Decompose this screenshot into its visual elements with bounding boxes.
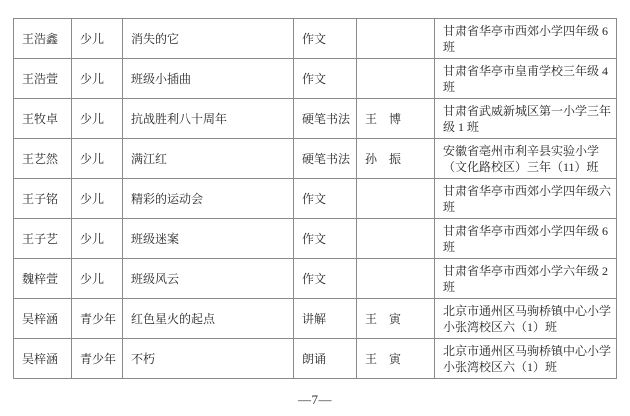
cell-work-title: 班级风云 (123, 259, 294, 299)
cell-name: 王浩萱 (14, 59, 72, 99)
cell-instructor: 王 寅 (357, 299, 435, 339)
page-number: —7— (0, 392, 630, 408)
cell-school: 安徽省亳州市利辛县实验小学（文化路校区）三年（11）班 (435, 139, 617, 179)
cell-school: 北京市通州区马驹桥镇中心小学小张湾校区六（1）班 (435, 299, 617, 339)
table-row: 吴梓涵 青少年 红色星火的起点 讲解 王 寅 北京市通州区马驹桥镇中心小学小张湾… (14, 299, 617, 339)
cell-work-title: 红色星火的起点 (123, 299, 294, 339)
cell-name: 魏梓萱 (14, 259, 72, 299)
cell-work-title: 班级迷案 (123, 219, 294, 259)
cell-category: 作文 (294, 59, 357, 99)
cell-age-group: 少儿 (72, 19, 123, 59)
cell-age-group: 少儿 (72, 59, 123, 99)
cell-instructor (357, 19, 435, 59)
cell-work-title: 班级小插曲 (123, 59, 294, 99)
cell-category: 作文 (294, 19, 357, 59)
cell-age-group: 少儿 (72, 259, 123, 299)
cell-name: 王子铭 (14, 179, 72, 219)
table-row: 吴梓涵 青少年 不朽 朗诵 王 寅 北京市通州区马驹桥镇中心小学小张湾校区六（1… (14, 339, 617, 379)
table-row: 王浩鑫 少儿 消失的它 作文 甘肃省华亭市西郊小学四年级 6 班 (14, 19, 617, 59)
cell-age-group: 少儿 (72, 139, 123, 179)
document-page: 王浩鑫 少儿 消失的它 作文 甘肃省华亭市西郊小学四年级 6 班 王浩萱 少儿 … (0, 0, 630, 416)
cell-school: 甘肃省武威新城区第一小学三年级 1 班 (435, 99, 617, 139)
cell-work-title: 抗战胜利八十周年 (123, 99, 294, 139)
cell-work-title: 精彩的运动会 (123, 179, 294, 219)
table-row: 王子艺 少儿 班级迷案 作文 甘肃省华亭市西郊小学四年级 6 班 (14, 219, 617, 259)
cell-work-title: 不朽 (123, 339, 294, 379)
cell-instructor (357, 179, 435, 219)
cell-age-group: 少儿 (72, 219, 123, 259)
cell-instructor: 王 博 (357, 99, 435, 139)
table-row: 王子铭 少儿 精彩的运动会 作文 甘肃省华亭市西郊小学四年级六班 (14, 179, 617, 219)
cell-school: 甘肃省华亭市西郊小学四年级 6 班 (435, 19, 617, 59)
table-row: 魏梓萱 少儿 班级风云 作文 甘肃省华亭市西郊小学六年级 2 班 (14, 259, 617, 299)
cell-instructor: 王 寅 (357, 339, 435, 379)
cell-instructor (357, 259, 435, 299)
cell-name: 吴梓涵 (14, 299, 72, 339)
cell-school: 甘肃省华亭市皇甫学校三年级 4 班 (435, 59, 617, 99)
cell-instructor (357, 219, 435, 259)
table-row: 王浩萱 少儿 班级小插曲 作文 甘肃省华亭市皇甫学校三年级 4 班 (14, 59, 617, 99)
cell-instructor (357, 59, 435, 99)
cell-name: 王艺然 (14, 139, 72, 179)
cell-instructor: 孙 振 (357, 139, 435, 179)
cell-work-title: 满江红 (123, 139, 294, 179)
cell-name: 吴梓涵 (14, 339, 72, 379)
awards-table: 王浩鑫 少儿 消失的它 作文 甘肃省华亭市西郊小学四年级 6 班 王浩萱 少儿 … (13, 18, 617, 379)
cell-age-group: 青少年 (72, 299, 123, 339)
cell-age-group: 少儿 (72, 99, 123, 139)
cell-age-group: 少儿 (72, 179, 123, 219)
cell-category: 作文 (294, 179, 357, 219)
cell-age-group: 青少年 (72, 339, 123, 379)
table-row: 王艺然 少儿 满江红 硬笔书法 孙 振 安徽省亳州市利辛县实验小学（文化路校区）… (14, 139, 617, 179)
table-row: 王牧卓 少儿 抗战胜利八十周年 硬笔书法 王 博 甘肃省武威新城区第一小学三年级… (14, 99, 617, 139)
cell-school: 北京市通州区马驹桥镇中心小学小张湾校区六（1）班 (435, 339, 617, 379)
cell-category: 作文 (294, 259, 357, 299)
cell-work-title: 消失的它 (123, 19, 294, 59)
cell-category: 作文 (294, 219, 357, 259)
cell-category: 硬笔书法 (294, 139, 357, 179)
cell-name: 王子艺 (14, 219, 72, 259)
cell-school: 甘肃省华亭市西郊小学六年级 2 班 (435, 259, 617, 299)
cell-category: 硬笔书法 (294, 99, 357, 139)
cell-name: 王牧卓 (14, 99, 72, 139)
cell-category: 讲解 (294, 299, 357, 339)
cell-school: 甘肃省华亭市西郊小学四年级六班 (435, 179, 617, 219)
cell-school: 甘肃省华亭市西郊小学四年级 6 班 (435, 219, 617, 259)
cell-name: 王浩鑫 (14, 19, 72, 59)
cell-category: 朗诵 (294, 339, 357, 379)
